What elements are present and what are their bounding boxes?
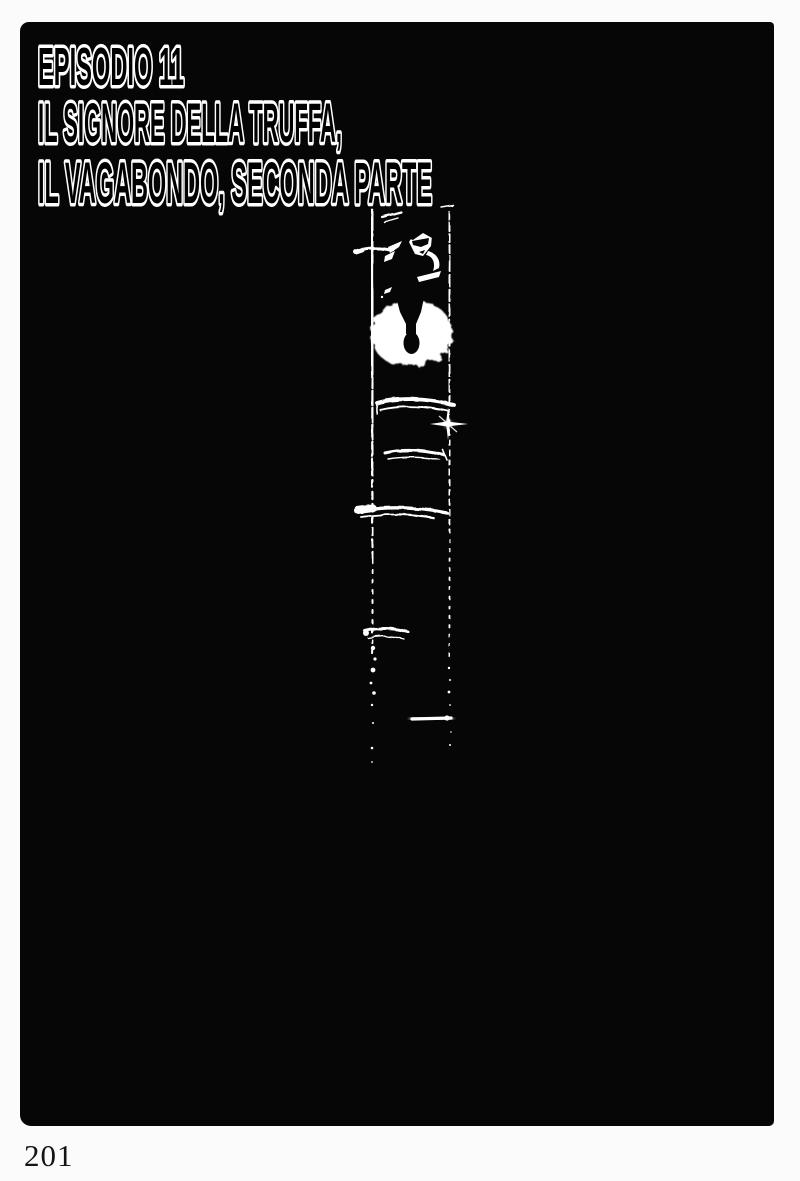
ladder-left-rail-specks xyxy=(370,646,377,763)
ladder-artwork-illustration xyxy=(335,200,485,790)
ladder-left-rail xyxy=(372,210,373,655)
ladder-right-rail xyxy=(449,212,450,660)
chapter-title-line-1: EPISODIO 11 xyxy=(38,37,184,97)
chapter-title-line-2: IL SIGNORE DELLA TRUFFA, xyxy=(38,91,342,154)
manga-page: EPISODIO 11 IL SIGNORE DELLA TRUFFA, IL … xyxy=(0,0,800,1181)
light-streak xyxy=(412,715,451,720)
manga-panel: EPISODIO 11 IL SIGNORE DELLA TRUFFA, IL … xyxy=(20,22,774,1126)
ladder-right-rail-specks xyxy=(448,667,452,746)
page-number: 201 xyxy=(24,1138,74,1174)
rung-end-blob xyxy=(363,630,369,636)
